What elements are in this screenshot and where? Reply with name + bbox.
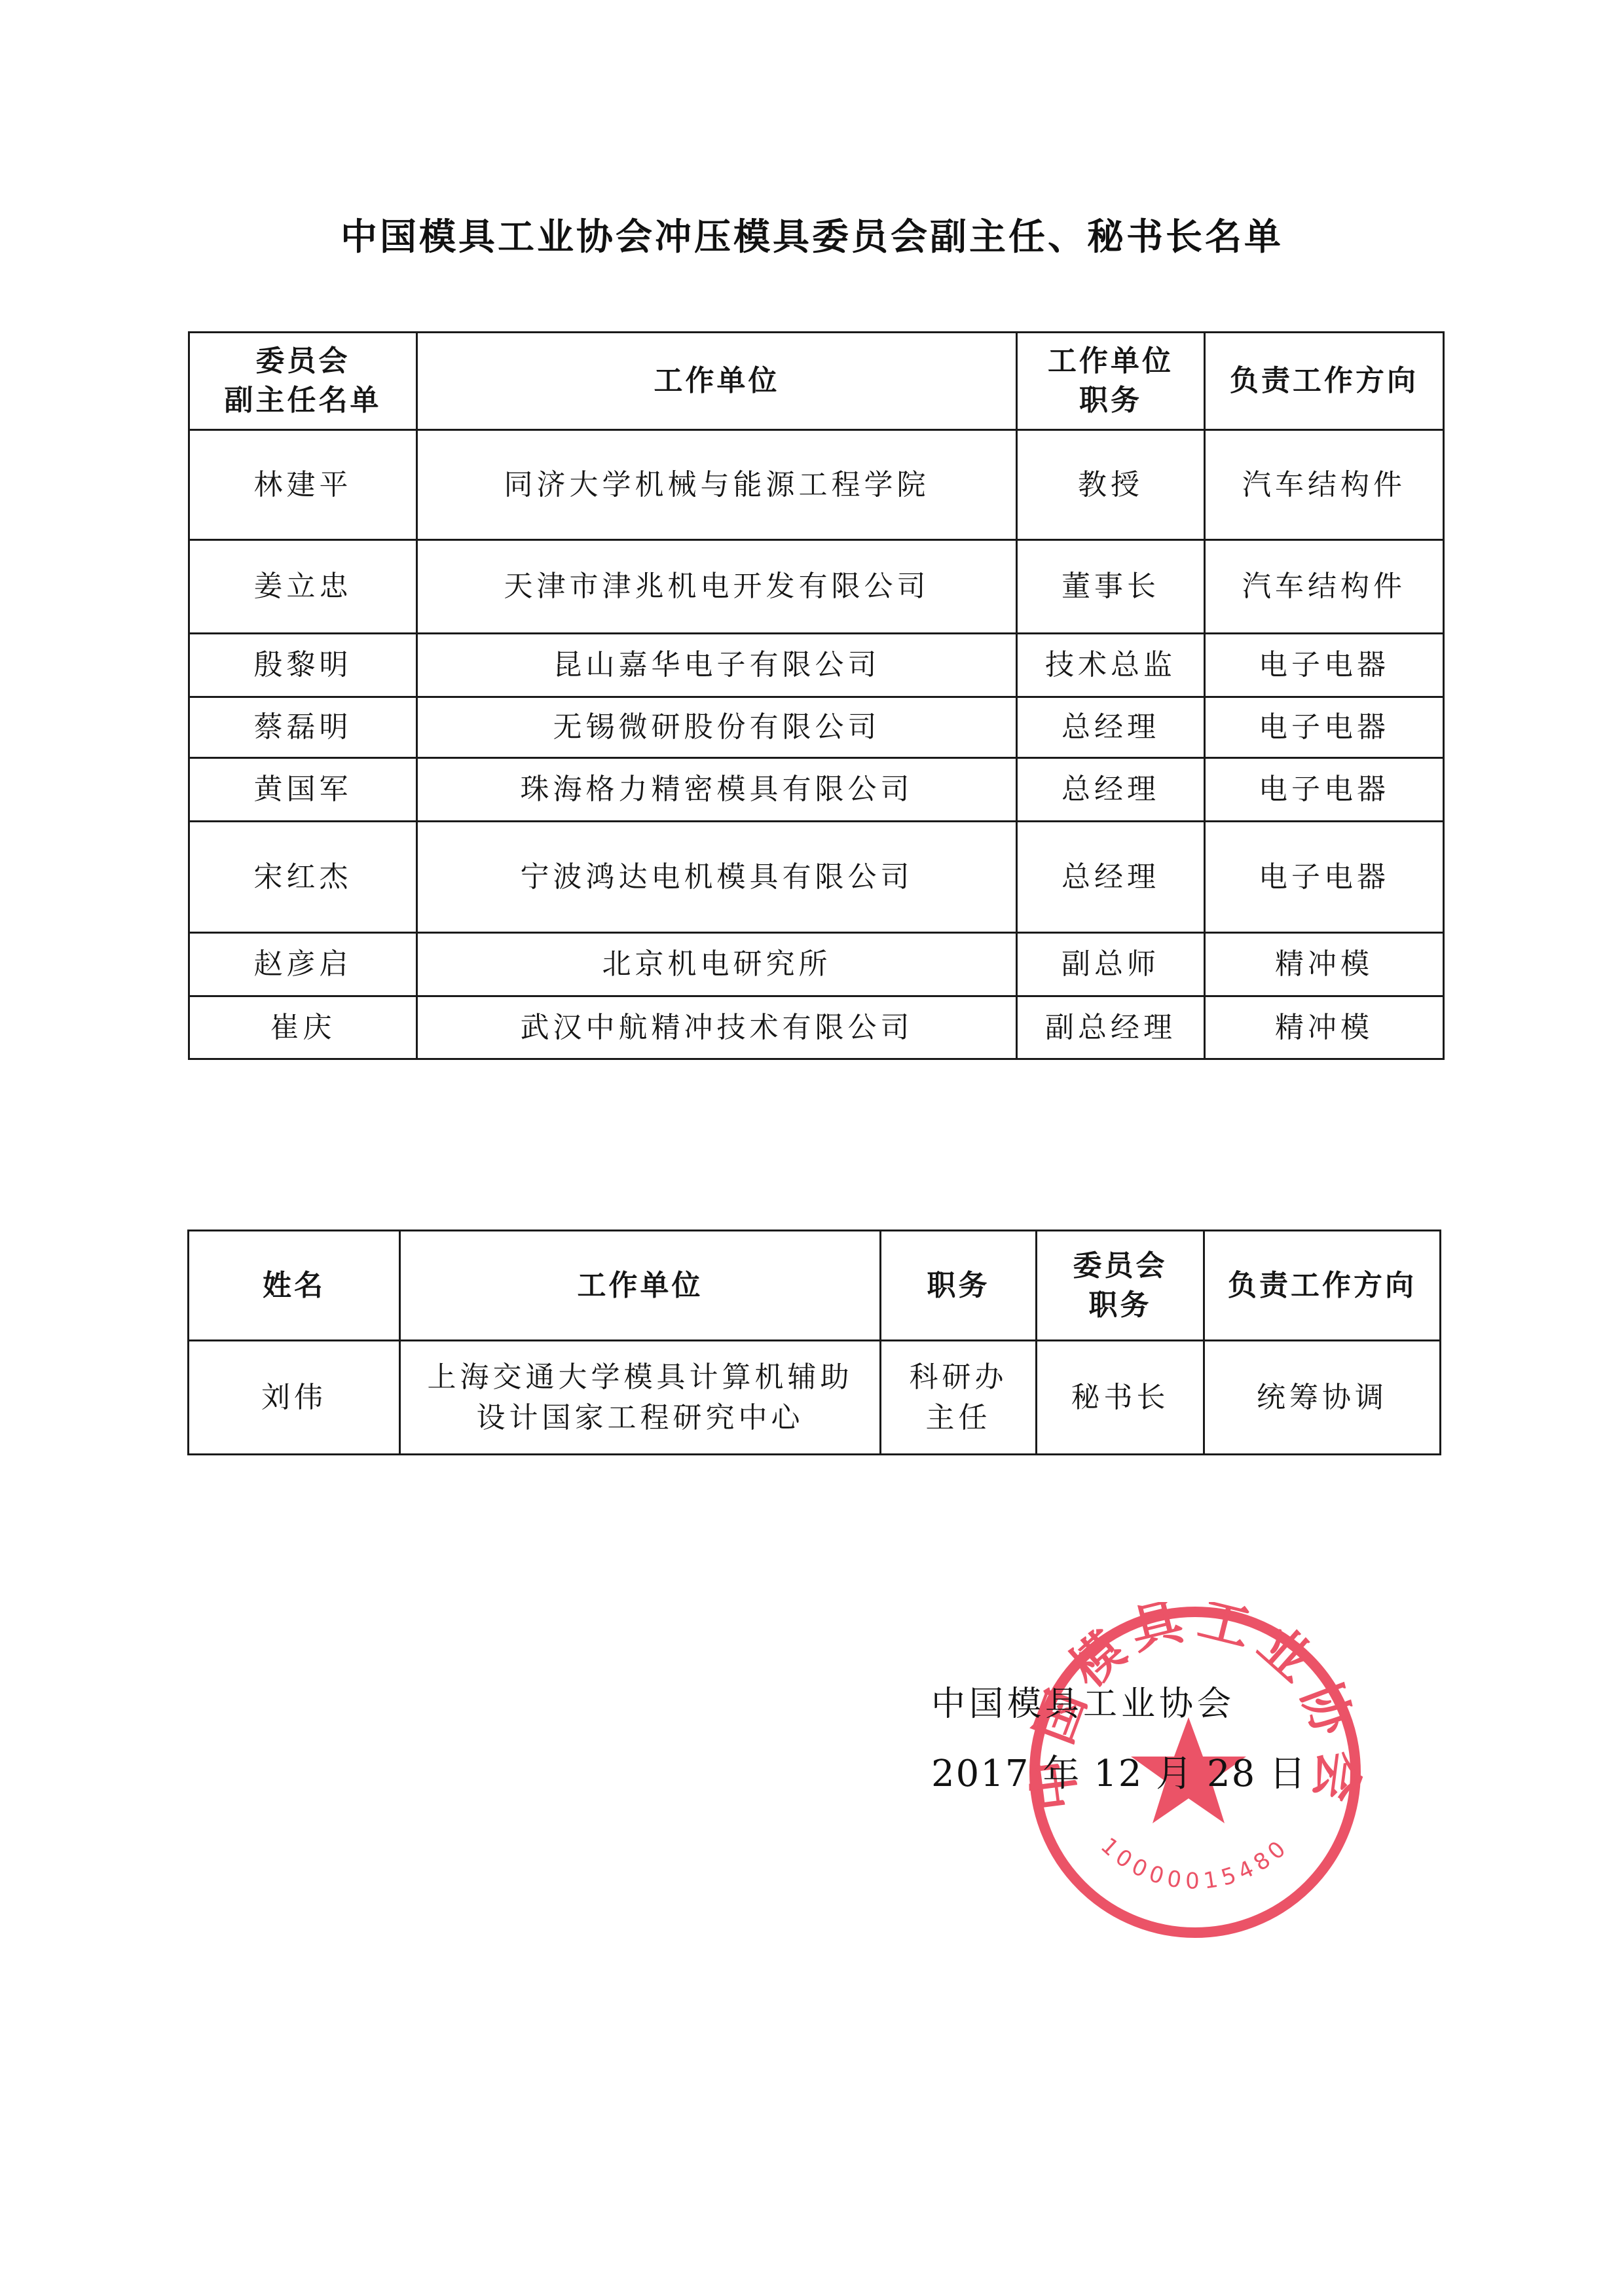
header-text: 委员会 bbox=[194, 342, 412, 381]
table-row: 黄国军 珠海格力精密模具有限公司 总经理 电子电器 bbox=[189, 758, 1444, 822]
header-cell-position: 工作单位 职务 bbox=[1017, 333, 1205, 430]
header-text: 工作单位 bbox=[1022, 342, 1200, 381]
table-row: 殷黎明 昆山嘉华电子有限公司 技术总监 电子电器 bbox=[189, 634, 1444, 697]
cell-name: 姜立忠 bbox=[189, 540, 417, 634]
header-text: 职务 bbox=[1022, 381, 1200, 420]
document-title: 中国模具工业协会冲压模具委员会副主任、秘书长名单 bbox=[0, 208, 1624, 261]
cell-unit: 上海交通大学模具计算机辅助 设计国家工程研究中心 bbox=[400, 1341, 881, 1455]
cell-name: 宋红杰 bbox=[189, 822, 417, 933]
table-row: 刘伟 上海交通大学模具计算机辅助 设计国家工程研究中心 科研办 主任 秘书长 统… bbox=[189, 1341, 1441, 1455]
table-row: 蔡磊明 无锡微研股份有限公司 总经理 电子电器 bbox=[189, 697, 1444, 758]
header-cell-position: 职务 bbox=[881, 1231, 1037, 1341]
cell-name: 蔡磊明 bbox=[189, 697, 417, 758]
header-cell-direction: 负责工作方向 bbox=[1204, 1231, 1441, 1341]
cell-text: 科研办 bbox=[885, 1357, 1031, 1398]
table-header-row: 委员会 副主任名单 工作单位 工作单位 职务 负责工作方向 bbox=[189, 333, 1444, 430]
table-row: 崔庆 武汉中航精冲技术有限公司 副总经理 精冲模 bbox=[189, 996, 1444, 1059]
table-row: 姜立忠 天津市津兆机电开发有限公司 董事长 汽车结构件 bbox=[189, 540, 1444, 634]
cell-direction: 电子电器 bbox=[1205, 822, 1444, 933]
table-row: 宋红杰 宁波鸿达电机模具有限公司 总经理 电子电器 bbox=[189, 822, 1444, 933]
header-cell-name: 姓名 bbox=[189, 1231, 400, 1341]
cell-unit: 北京机电研究所 bbox=[417, 933, 1017, 996]
header-text: 副主任名单 bbox=[194, 381, 412, 420]
cell-committee-position: 秘书长 bbox=[1037, 1341, 1204, 1455]
cell-position: 董事长 bbox=[1017, 540, 1205, 634]
cell-text: 设计国家工程研究中心 bbox=[405, 1398, 876, 1438]
vice-director-table: 委员会 副主任名单 工作单位 工作单位 职务 负责工作方向 林建平 同济大学机械… bbox=[188, 331, 1445, 1060]
header-text: 委员会 bbox=[1041, 1247, 1199, 1286]
header-cell-unit: 工作单位 bbox=[400, 1231, 881, 1341]
cell-position: 总经理 bbox=[1017, 758, 1205, 822]
cell-text: 上海交通大学模具计算机辅助 bbox=[405, 1357, 876, 1398]
cell-direction: 统筹协调 bbox=[1204, 1341, 1441, 1455]
cell-direction: 电子电器 bbox=[1205, 634, 1444, 697]
header-cell-name: 委员会 副主任名单 bbox=[189, 333, 417, 430]
cell-text: 主任 bbox=[885, 1398, 1031, 1438]
signature-organization: 中国模具工业协会 bbox=[931, 1676, 1235, 1725]
cell-unit: 昆山嘉华电子有限公司 bbox=[417, 634, 1017, 697]
secretary-general-table: 姓名 工作单位 职务 委员会 职务 负责工作方向 刘伟 上海交通大学模具计算机辅… bbox=[187, 1230, 1441, 1455]
cell-direction: 汽车结构件 bbox=[1205, 430, 1444, 540]
cell-name: 赵彦启 bbox=[189, 933, 417, 996]
cell-unit: 同济大学机械与能源工程学院 bbox=[417, 430, 1017, 540]
cell-position: 副总师 bbox=[1017, 933, 1205, 996]
table-header-row: 姓名 工作单位 职务 委员会 职务 负责工作方向 bbox=[189, 1231, 1441, 1341]
cell-name: 黄国军 bbox=[189, 758, 417, 822]
cell-unit: 宁波鸿达电机模具有限公司 bbox=[417, 822, 1017, 933]
header-cell-unit: 工作单位 bbox=[417, 333, 1017, 430]
cell-unit: 无锡微研股份有限公司 bbox=[417, 697, 1017, 758]
cell-name: 崔庆 bbox=[189, 996, 417, 1059]
cell-position: 技术总监 bbox=[1017, 634, 1205, 697]
cell-name: 林建平 bbox=[189, 430, 417, 540]
cell-position: 总经理 bbox=[1017, 822, 1205, 933]
cell-position: 科研办 主任 bbox=[881, 1341, 1037, 1455]
cell-name: 殷黎明 bbox=[189, 634, 417, 697]
signature-date: 2017 年 12 月 28 日 bbox=[931, 1745, 1307, 1797]
cell-unit: 珠海格力精密模具有限公司 bbox=[417, 758, 1017, 822]
cell-position: 总经理 bbox=[1017, 697, 1205, 758]
header-cell-direction: 负责工作方向 bbox=[1205, 333, 1444, 430]
header-cell-committee-position: 委员会 职务 bbox=[1037, 1231, 1204, 1341]
cell-unit: 武汉中航精冲技术有限公司 bbox=[417, 996, 1017, 1059]
cell-direction: 电子电器 bbox=[1205, 758, 1444, 822]
cell-direction: 汽车结构件 bbox=[1205, 540, 1444, 634]
cell-unit: 天津市津兆机电开发有限公司 bbox=[417, 540, 1017, 634]
cell-position: 教授 bbox=[1017, 430, 1205, 540]
table-row: 林建平 同济大学机械与能源工程学院 教授 汽车结构件 bbox=[189, 430, 1444, 540]
cell-direction: 电子电器 bbox=[1205, 697, 1444, 758]
cell-position: 副总经理 bbox=[1017, 996, 1205, 1059]
cell-direction: 精冲模 bbox=[1205, 933, 1444, 996]
header-text: 职务 bbox=[1041, 1286, 1199, 1325]
cell-direction: 精冲模 bbox=[1205, 996, 1444, 1059]
cell-name: 刘伟 bbox=[189, 1341, 400, 1455]
table-row: 赵彦启 北京机电研究所 副总师 精冲模 bbox=[189, 933, 1444, 996]
